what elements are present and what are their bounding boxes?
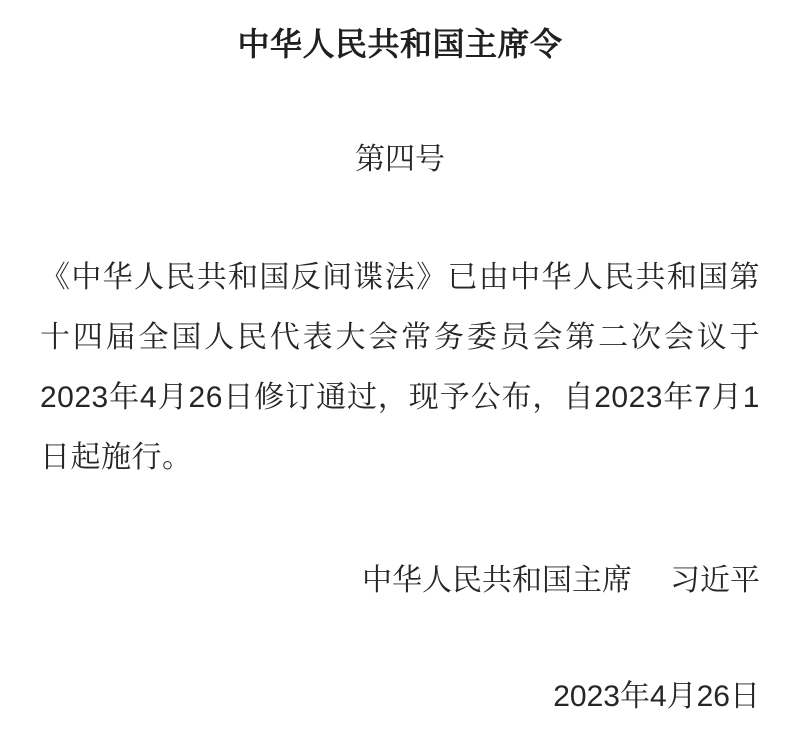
signer-title: 中华人民共和国主席 (362, 564, 632, 597)
body-paragraph: 《中华人民共和国反间谍法》已由中华人民共和国第十四届全国人民代表大会常务委员会第… (40, 248, 760, 488)
presidential-order-document: 中华人民共和国主席令 第四号 《中华人民共和国反间谍法》已由中华人民共和国第十四… (0, 0, 800, 745)
order-number: 第四号 (40, 130, 760, 190)
signer-name: 习近平 (670, 551, 760, 611)
signature-line: 中华人民共和国主席习近平 (40, 551, 760, 611)
date-line: 2023年4月26日 (40, 667, 760, 727)
document-title: 中华人民共和国主席令 (40, 20, 760, 68)
